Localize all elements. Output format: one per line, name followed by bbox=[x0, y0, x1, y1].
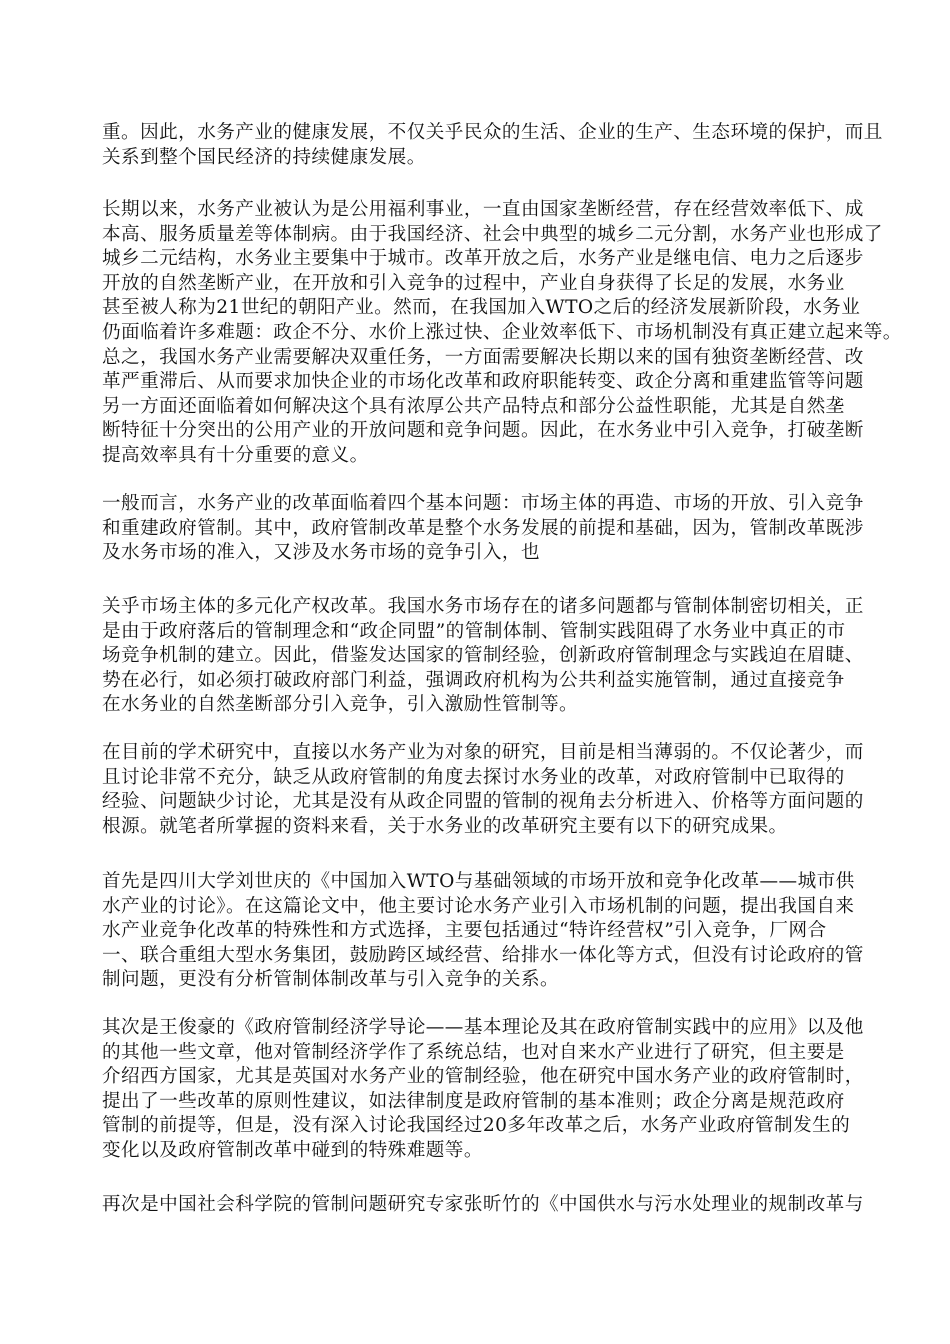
text-line: 在水务业的自然垄断部分引入竞争，引入激励性管制等。 bbox=[102, 693, 862, 718]
text-line: 提出了一些改革的原则性建议，如法律制度是政府管制的基本准则；政企分离是规范政府 bbox=[102, 1090, 862, 1115]
text-line: 且讨论非常不充分，缺乏从政府管制的角度去探讨水务业的改革，对政府管制中已取得的 bbox=[102, 766, 862, 791]
text-line: 水产业的讨论》。在这篇论文中，他主要讨论水务产业引入市场机制的问题，提出我国自来 bbox=[102, 895, 862, 920]
text-line: 开放的自然垄断产业，在开放和引入竞争的过程中，产业自身获得了长足的发展，水务业 bbox=[102, 272, 862, 297]
text-line: 再次是中国社会科学院的管制问题研究专家张昕竹的《中国供水与污水处理业的规制改革与 bbox=[102, 1193, 862, 1218]
text-line: 重。因此，水务产业的健康发展，不仅关乎民众的生活、企业的生产、生态环境的保护，而… bbox=[102, 121, 862, 146]
text-line: 总之，我国水务产业需要解决双重任务，一方面需要解决长期以来的国有独资垄断经营、改 bbox=[102, 346, 862, 371]
text-line: 势在必行，如必须打破政府部门利益，强调政府机构为公共利益实施管制，通过直接竞争 bbox=[102, 669, 862, 694]
text-line: 仍面临着许多难题：政企不分、水价上涨过快、企业效率低下、市场机制没有真正建立起来… bbox=[102, 321, 862, 346]
text-line: 和重建政府管制。其中，政府管制改革是整个水务发展的前提和基础，因为，管制改革既涉 bbox=[102, 517, 862, 542]
paragraph-zhang-xinzhu-study: 再次是中国社会科学院的管制问题研究专家张昕竹的《中国供水与污水处理业的规制改革与 bbox=[102, 1193, 862, 1218]
text-line: 首先是四川大学刘世庆的《中国加入WTO与基础领域的市场开放和竞争化改革——城市供 bbox=[102, 870, 862, 895]
text-line: 在目前的学术研究中，直接以水务产业为对象的研究，目前是相当薄弱的。不仅论著少，而 bbox=[102, 741, 862, 766]
text-line: 关系到整个国民经济的持续健康发展。 bbox=[102, 146, 862, 171]
text-line: 革严重滞后、从而要求加快企业的市场化改革和政府职能转变、政企分离和重建监管等问题 bbox=[102, 370, 862, 395]
text-line: 关乎市场主体的多元化产权改革。我国水务市场存在的诸多问题都与管制体制密切相关，正 bbox=[102, 595, 862, 620]
text-line: 是由于政府落后的管制理念和“政企同盟”的管制体制、管制实践阻碍了水务业中真正的市 bbox=[102, 620, 862, 645]
text-line: 长期以来，水务产业被认为是公用福利事业，一直由国家垄断经营，存在经营效率低下、成 bbox=[102, 198, 862, 223]
text-line: 根源。就笔者所掌握的资料来看，关于水务业的改革研究主要有以下的研究成果。 bbox=[102, 815, 862, 840]
text-line: 甚至被人称为21世纪的朝阳产业。然而，在我国加入WTO之后的经济发展新阶段，水务… bbox=[102, 296, 862, 321]
text-line: 一般而言，水务产业的改革面临着四个基本问题：市场主体的再造、市场的开放、引入竞争 bbox=[102, 492, 862, 517]
paragraph-wang-junhao-study: 其次是王俊豪的《政府管制经济学导论——基本理论及其在政府管制实践中的应用》以及他… bbox=[102, 1016, 862, 1164]
text-line: 一、联合重组大型水务集团，鼓励跨区域经营、给排水一体化等方式，但没有讨论政府的管 bbox=[102, 944, 862, 969]
paragraph-water-industry-importance: 重。因此，水务产业的健康发展，不仅关乎民众的生活、企业的生产、生态环境的保护，而… bbox=[102, 121, 862, 170]
text-line: 本高、服务质量差等体制病。由于我国经济、社会中典型的城乡二元分割，水务产业也形成… bbox=[102, 223, 862, 248]
text-line: 其次是王俊豪的《政府管制经济学导论——基本理论及其在政府管制实践中的应用》以及他 bbox=[102, 1016, 862, 1041]
text-line: 制问题，更没有分析管制体制改革与引入竞争的关系。 bbox=[102, 968, 862, 993]
paragraph-four-basic-problems: 一般而言，水务产业的改革面临着四个基本问题：市场主体的再造、市场的开放、引入竞争… bbox=[102, 492, 862, 566]
document-page: 重。因此，水务产业的健康发展，不仅关乎民众的生活、企业的生产、生态环境的保护，而… bbox=[0, 0, 950, 1344]
text-line: 变化以及政府管制改革中碰到的特殊难题等。 bbox=[102, 1139, 862, 1164]
text-line: 经验、问题缺少讨论，尤其是没有从政企同盟的管制的视角去分析进入、价格等方面问题的 bbox=[102, 790, 862, 815]
paragraph-property-rights-reform: 关乎市场主体的多元化产权改革。我国水务市场存在的诸多问题都与管制体制密切相关，正… bbox=[102, 595, 862, 718]
text-line: 断特征十分突出的公用产业的开放问题和竞争问题。因此，在水务业中引入竞争，打破垄断 bbox=[102, 419, 862, 444]
text-line: 介绍西方国家，尤其是英国对水务产业的管制经验，他在研究中国水务产业的政府管制时， bbox=[102, 1065, 862, 1090]
text-line: 另一方面还面临着如何解决这个具有浓厚公共产品特点和部分公益性职能，尤其是自然垄 bbox=[102, 395, 862, 420]
text-line: 的其他一些文章，他对管制经济学作了系统总结，也对自来水产业进行了研究，但主要是 bbox=[102, 1041, 862, 1066]
text-line: 场竞争机制的建立。因此，借鉴发达国家的管制经验，创新政府管制理念与实践迫在眉睫、 bbox=[102, 644, 862, 669]
paragraph-liu-shiqing-study: 首先是四川大学刘世庆的《中国加入WTO与基础领域的市场开放和竞争化改革——城市供… bbox=[102, 870, 862, 993]
text-line: 水产业竞争化改革的特殊性和方式选择，主要包括通过“特许经营权”引入竞争，厂网合 bbox=[102, 919, 862, 944]
text-line: 管制的前提等，但是，没有深入讨论我国经过20多年改革之后，水务产业政府管制发生的 bbox=[102, 1114, 862, 1139]
text-line: 及水务市场的准入，又涉及水务市场的竞争引入，也 bbox=[102, 541, 862, 566]
text-line: 城乡二元结构，水务业主要集中于城市。改革开放之后，水务产业是继电信、电力之后逐步 bbox=[102, 247, 862, 272]
paragraph-research-status: 在目前的学术研究中，直接以水务产业为对象的研究，目前是相当薄弱的。不仅论著少，而… bbox=[102, 741, 862, 839]
text-line: 提高效率具有十分重要的意义。 bbox=[102, 444, 862, 469]
paragraph-monopoly-history: 长期以来，水务产业被认为是公用福利事业，一直由国家垄断经营，存在经营效率低下、成… bbox=[102, 198, 862, 469]
